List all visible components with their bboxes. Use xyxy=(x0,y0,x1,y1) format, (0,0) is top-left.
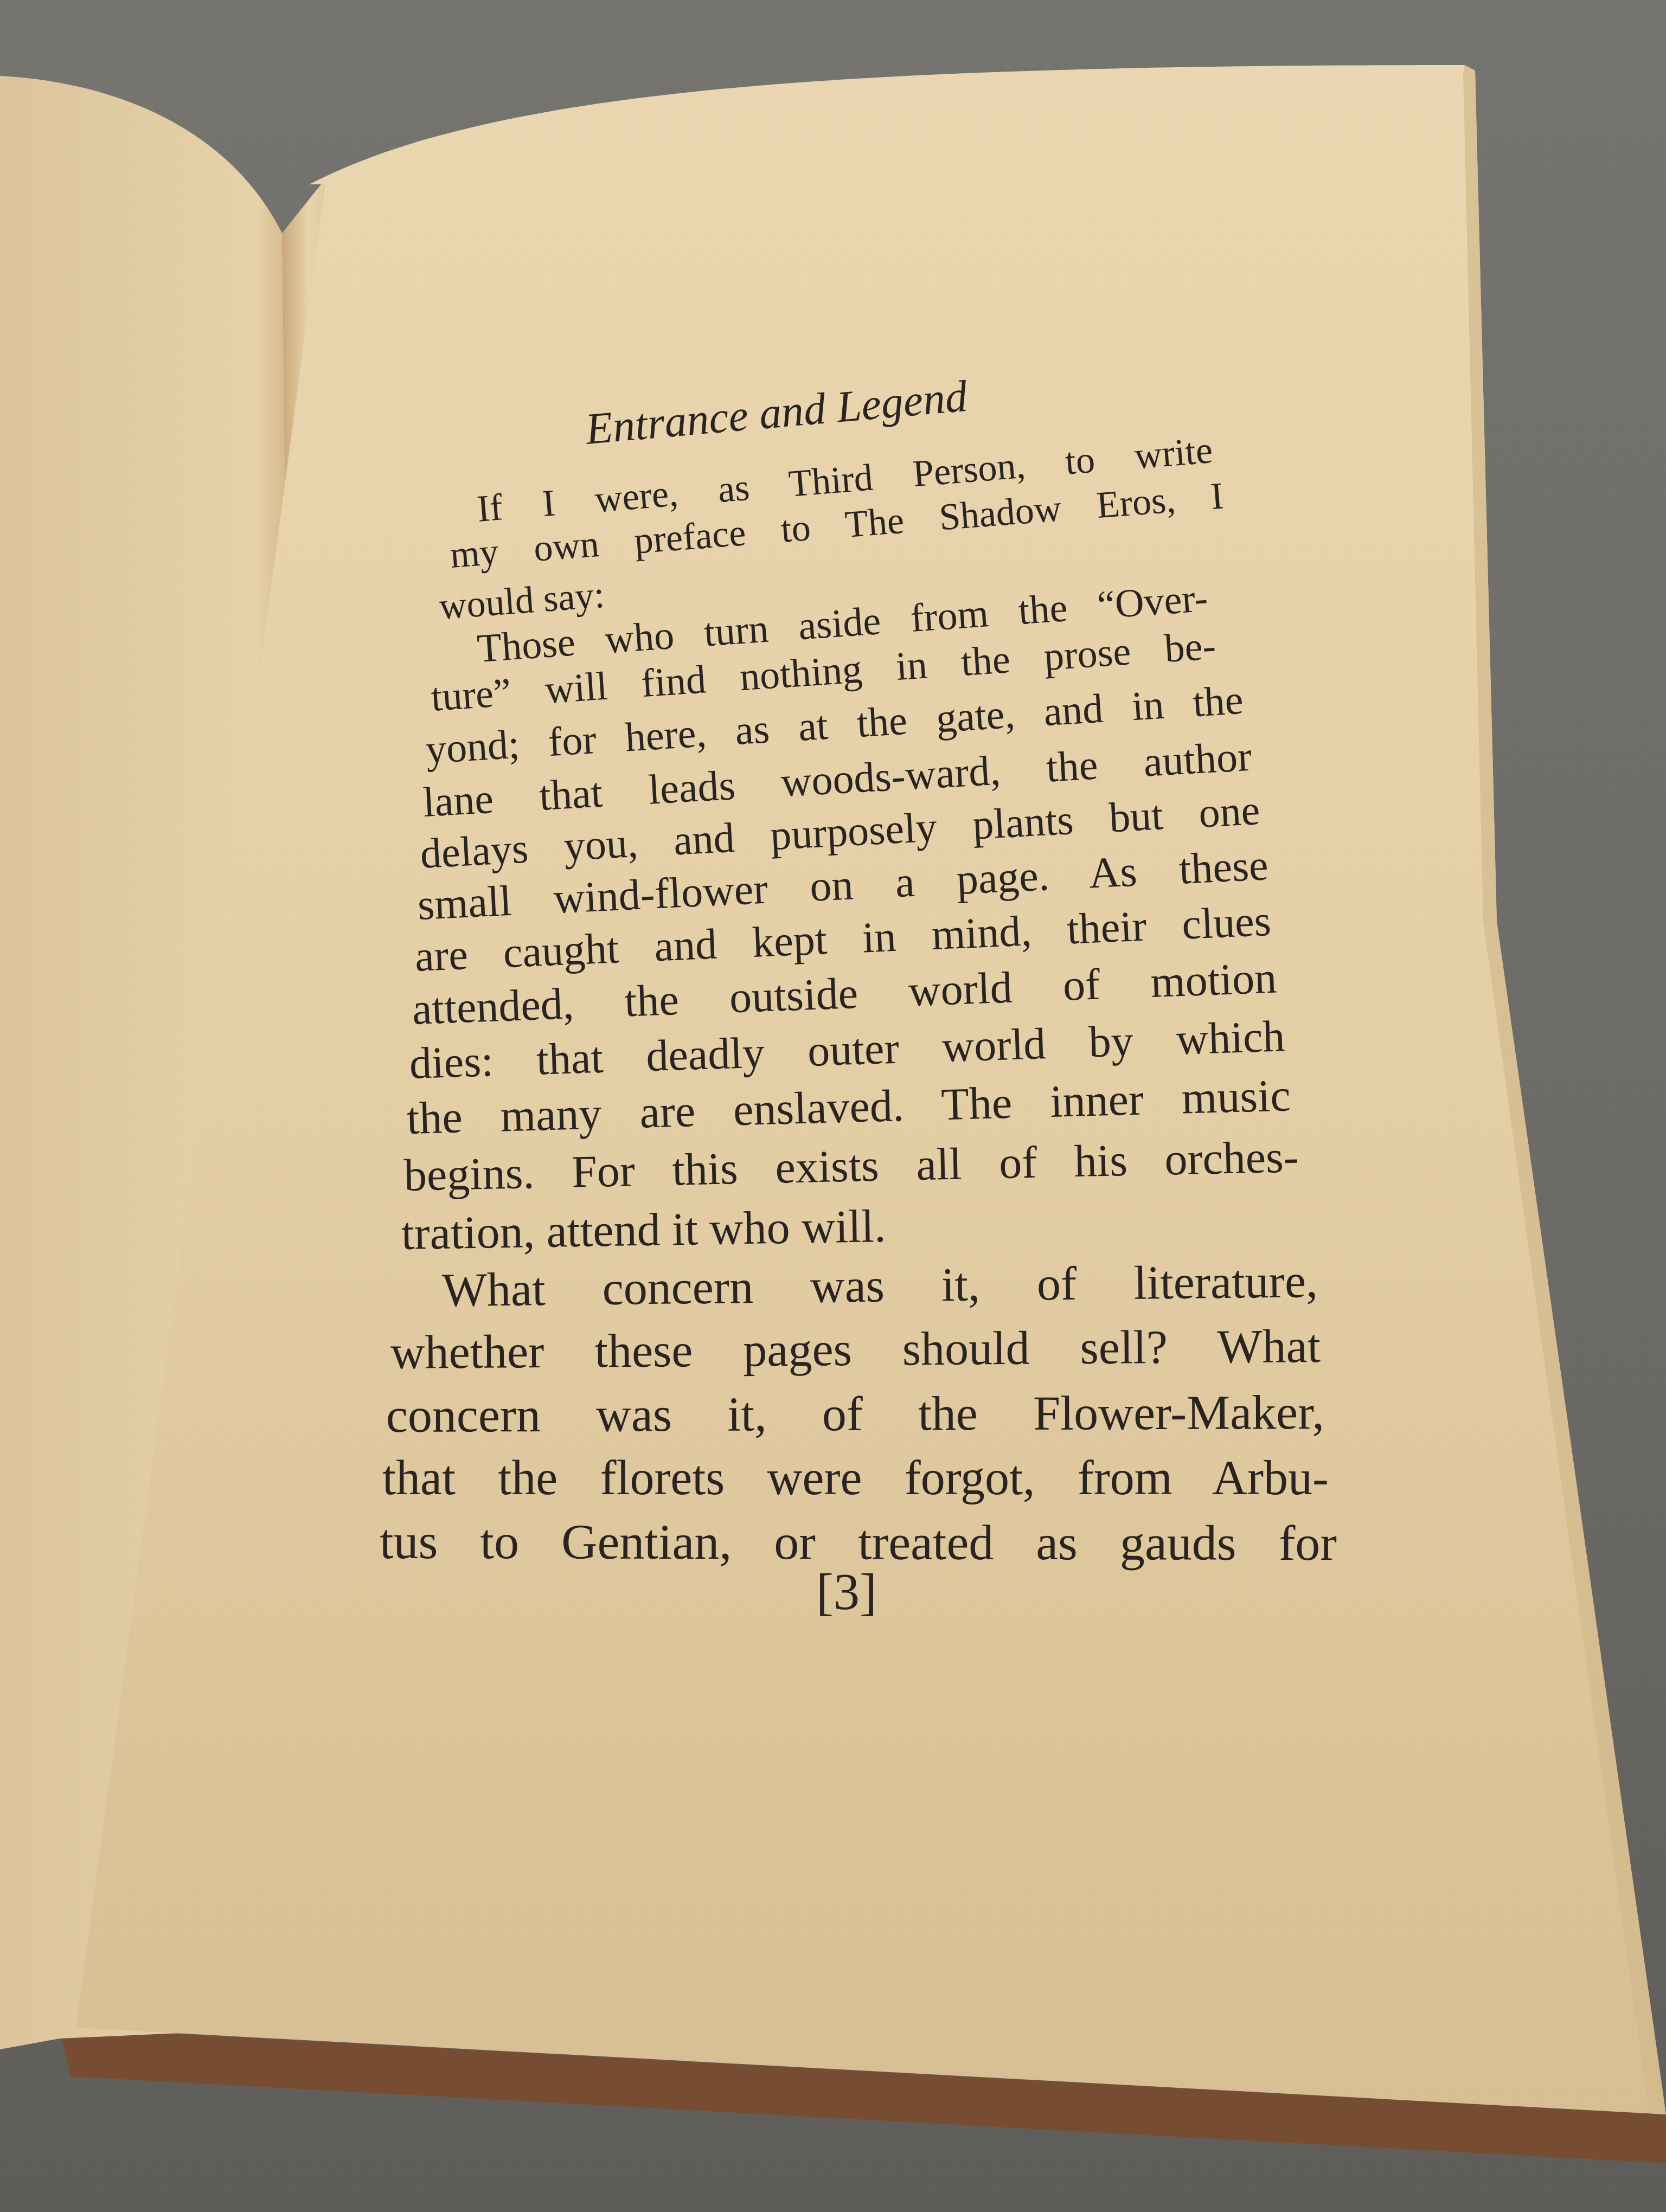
right-page xyxy=(76,65,1666,2114)
open-book xyxy=(0,0,1666,2212)
